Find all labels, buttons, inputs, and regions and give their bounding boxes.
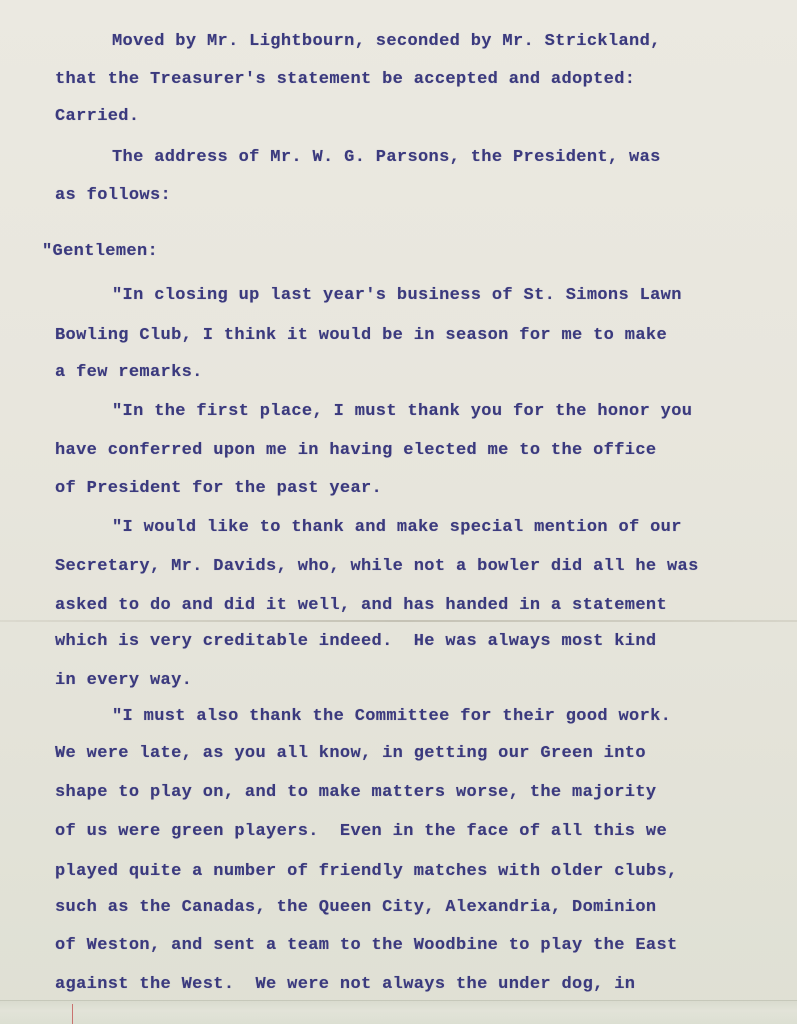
text-line: of us were green players. Even in the fa…: [55, 822, 667, 841]
text-line: asked to do and did it well, and has han…: [55, 596, 667, 615]
text-line: such as the Canadas, the Queen City, Ale…: [55, 898, 656, 917]
text-line: which is very creditable indeed. He was …: [55, 632, 656, 651]
text-line: of President for the past year.: [55, 479, 382, 498]
text-line: Carried.: [55, 107, 139, 126]
text-line: "In the first place, I must thank you fo…: [112, 402, 692, 421]
text-line: played quite a number of friendly matche…: [55, 862, 678, 881]
text-line: Secretary, Mr. Davids, who, while not a …: [55, 557, 699, 576]
text-line: as follows:: [55, 186, 171, 205]
text-line: We were late, as you all know, in gettin…: [55, 744, 646, 763]
text-line: have conferred upon me in having elected…: [55, 441, 656, 460]
text-line: against the West. We were not always the…: [55, 975, 635, 994]
text-line: shape to play on, and to make matters wo…: [55, 783, 656, 802]
paper-bottom-edge: [0, 1000, 797, 1024]
text-line: "I must also thank the Committee for the…: [112, 707, 671, 726]
text-line: "Gentlemen:: [42, 242, 158, 261]
text-line: a few remarks.: [55, 363, 203, 382]
text-line: Bowling Club, I think it would be in sea…: [55, 326, 667, 345]
text-line: Moved by Mr. Lightbourn, seconded by Mr.…: [112, 32, 661, 51]
text-line: in every way.: [55, 671, 192, 690]
paper-fold-line: [0, 620, 797, 622]
text-line: that the Treasurer's statement be accept…: [55, 70, 635, 89]
document-page: Moved by Mr. Lightbourn, seconded by Mr.…: [0, 0, 797, 1024]
text-line: The address of Mr. W. G. Parsons, the Pr…: [112, 148, 661, 167]
text-line: "I would like to thank and make special …: [112, 518, 682, 537]
text-line: "In closing up last year's business of S…: [112, 286, 682, 305]
text-line: of Weston, and sent a team to the Woodbi…: [55, 936, 678, 955]
margin-mark: [72, 1004, 73, 1024]
